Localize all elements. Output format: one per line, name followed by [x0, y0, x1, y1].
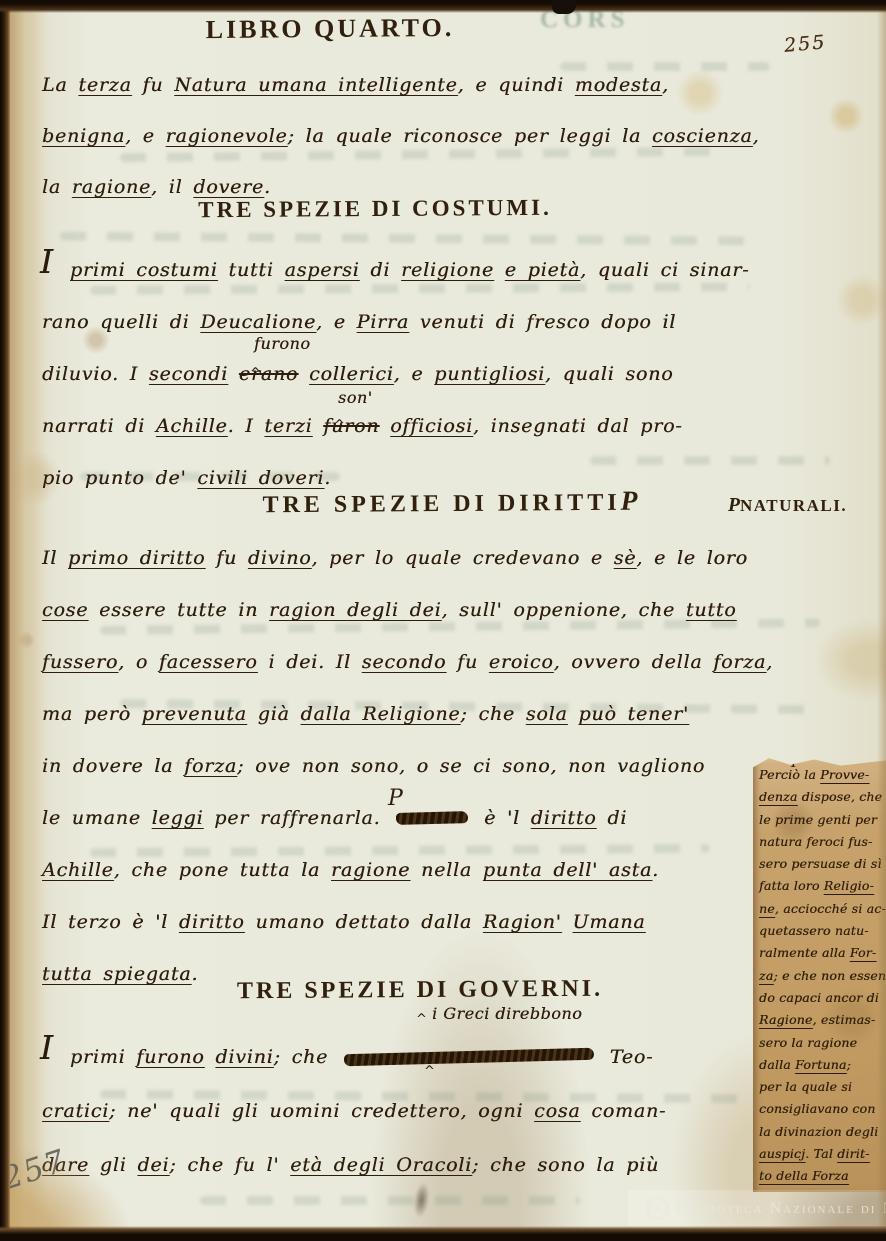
manuscript-line: fatta loro Religio- [759, 875, 884, 897]
interlinear-insert-greci: i Greci direbbono [432, 1004, 582, 1023]
paragraph-initial: I [40, 242, 54, 281]
manuscript-line: le umane leggi per raffrenarla. è 'l dir… [42, 792, 842, 844]
marginal-note-text: Perciò la Provve-denza dispose, chele pr… [759, 764, 884, 1188]
ink-blot [344, 1048, 594, 1067]
library-watermark: Biblioteca Nazionale di Napoli [646, 1197, 886, 1220]
manuscript-line: primi costumi tutti aspersi di religione… [42, 244, 842, 296]
manuscript-line: cose essere tutte in ragion degli dei, s… [42, 584, 842, 636]
paragraph-initial: I [40, 1028, 54, 1067]
manuscript-line: za; e che non essen- [759, 965, 884, 987]
manuscript-line: per la quale si [759, 1076, 884, 1098]
caret-mark: ^ [334, 418, 345, 433]
manuscript-line: rano quelli di Deucalione, e Pirra venut… [42, 296, 842, 348]
pasted-marginal-slip: P Perciò la Provve-denza dispose, chele … [753, 756, 886, 1192]
scan-edge-top [0, 0, 886, 13]
manuscript-line: ma però prevenuta già dalla Religione; c… [42, 688, 842, 740]
manuscript-line: dalla Fortuna; [759, 1054, 884, 1076]
watermark-label: Biblioteca Nazionale di Napoli [675, 1200, 886, 1218]
manuscript-line: le prime genti per [759, 809, 884, 831]
paragraph-diritti: Il primo diritto fu divino, per lo quale… [42, 532, 842, 1000]
manuscript-line: la divinazion degli [759, 1121, 884, 1143]
manuscript-line: ralmente alla For- [759, 942, 884, 964]
manuscript-line: Il terzo è 'l diritto umano dettato dall… [42, 896, 842, 948]
manuscript-line: ne, acciocché si ac- [759, 898, 884, 920]
manuscript-line: quetassero natu- [759, 920, 884, 942]
manuscript-line: consigliavano con [759, 1098, 884, 1120]
manuscript-line: cratici; ne' quali gli uomini credettero… [42, 1084, 842, 1138]
section-heading-costumi: TRE SPEZIE DI COSTUMI. [120, 194, 630, 224]
manuscript-line: to della Forza [759, 1165, 884, 1187]
manuscript-line: benigna, e ragionevole; la quale riconos… [42, 111, 842, 162]
manuscript-line: do capaci ancor di [759, 987, 884, 1009]
interlinear-insert-son: son' [338, 388, 373, 407]
section-heading-diritti: TRE SPEZIE DI DIRITTIP [170, 484, 730, 520]
paper-tear-notch [552, 0, 576, 14]
manuscript-line: natura feroci fus- [759, 831, 884, 853]
manuscript-line: Achille, che pone tutta la ragione nella… [42, 844, 842, 896]
manuscript-line: sero la ragione [759, 1032, 884, 1054]
page-title: LIBRO QUARTO. [150, 12, 510, 45]
insertion-mark: P [388, 786, 403, 811]
manuscript-line: fussero, o facessero i dei. Il secondo f… [42, 636, 842, 688]
ink-blot [396, 811, 468, 825]
scan-edge-right [877, 0, 886, 1241]
insertion-mark: P [728, 495, 740, 516]
manuscript-line: Perciò la Provve- [759, 764, 884, 786]
margin-note-naturali: PNATURALI. [728, 495, 847, 517]
manuscript-line: dare gli dei; che fu l' età degli Oracol… [42, 1138, 842, 1192]
insertion-mark: P [620, 485, 637, 516]
manuscript-line: auspicj. Tal dirit- [759, 1143, 884, 1165]
book-gutter [10, 0, 42, 1241]
manuscript-line: narrati di Achille. I terzi furon offici… [42, 400, 842, 452]
manuscript-line: La terza fu Natura umana intelligente, e… [42, 60, 842, 111]
manuscript-scan: CORS LIBRO QUARTO. 255 La terza fu Natur… [0, 0, 886, 1241]
book-binding-edge [0, 0, 10, 1241]
manuscript-line: diluvio. I secondi erano collerici, e pu… [42, 348, 842, 400]
library-logo-icon [646, 1197, 669, 1220]
folio-number: 255 [783, 31, 827, 57]
manuscript-line: primi furono divini; che Teo- [42, 1030, 842, 1084]
manuscript-line: Il primo diritto fu divino, per lo quale… [42, 532, 842, 584]
caret-mark: ^ [424, 1064, 435, 1079]
scan-edge-bottom [0, 1226, 886, 1241]
manuscript-line: Ragione, estimas- [759, 1009, 884, 1031]
caret-mark: ^ [416, 1012, 427, 1027]
interlinear-insert-furono: furono [254, 334, 310, 353]
bleedthrough-line [200, 1196, 580, 1205]
paragraph-costumi: I primi costumi tutti aspersi di religio… [42, 244, 842, 504]
paragraph-governi: I primi furono divini; che Teo-cratici; … [42, 1030, 842, 1192]
manuscript-line: denza dispose, che [759, 786, 884, 808]
manuscript-line: sero persuase di sì [759, 853, 884, 875]
paragraph-natura-umana: La terza fu Natura umana intelligente, e… [42, 60, 842, 213]
section-heading-governi: TRE SPEZIE DI GOVERNI. [160, 975, 680, 1006]
manuscript-line: in dovere la forza; ove non sono, o se c… [42, 740, 842, 792]
caret-mark: ^ [250, 366, 261, 381]
